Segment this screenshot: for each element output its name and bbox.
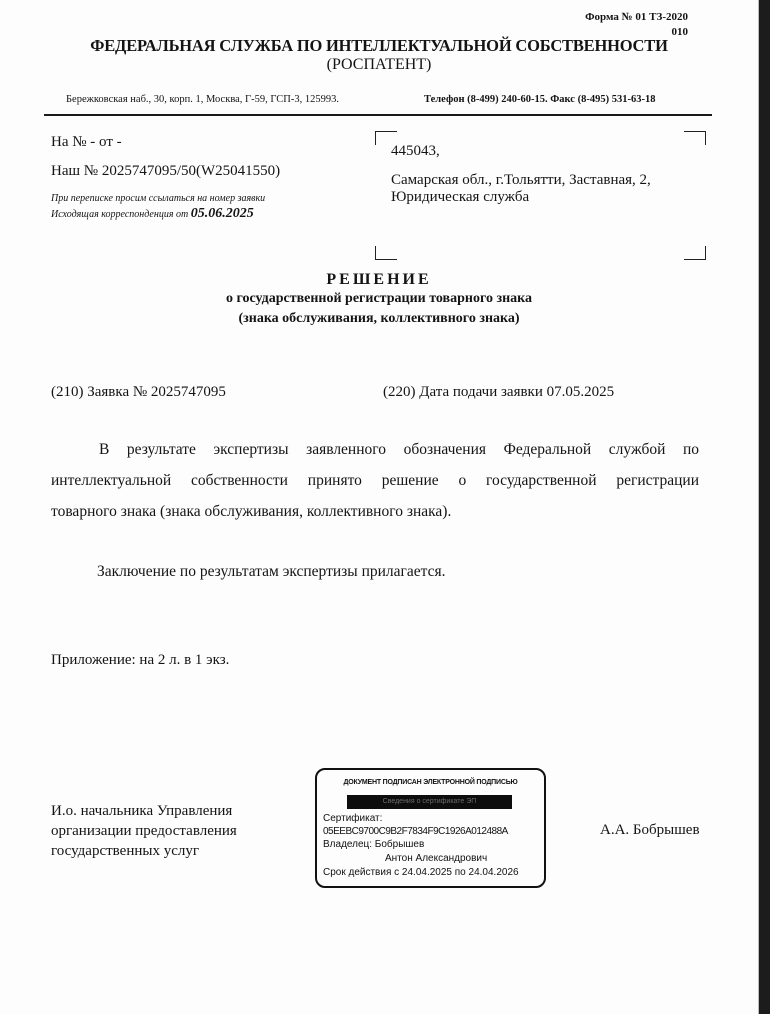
recipient-postcode: 445043, <box>391 143 440 160</box>
signer-position-line1: И.о. начальника Управления <box>51 801 232 821</box>
application-number: (210) Заявка № 2025747095 <box>51 384 226 401</box>
outgoing-correspondence: Исходящая корреспонденция от 05.06.2025 <box>51 206 254 222</box>
outgoing-date: 05.06.2025 <box>191 206 254 221</box>
reference-note: При переписке просим ссылаться на номер … <box>51 193 265 204</box>
signer-position-line2: организации предоставления <box>51 821 237 841</box>
document-title: РЕШЕНИЕ <box>0 271 758 289</box>
form-number-text: Форма № 01 ТЗ-2020 <box>585 10 688 25</box>
stamp-owner: Владелец: Бобрышев <box>323 839 424 850</box>
organization-address: Бережковская наб., 30, корп. 1, Москва, … <box>66 94 339 105</box>
address-frame-corner-tr <box>684 131 706 145</box>
stamp-redacted-bar: Сведения о сертификате ЭП <box>347 795 512 809</box>
stamp-certificate-id: 05EEBC9700C9B2F7834F9C1926A012488A <box>323 826 508 837</box>
stamp-owner-name: Антон Александрович <box>385 853 487 864</box>
organization-name: ФЕДЕРАЛЬНАЯ СЛУЖБА ПО ИНТЕЛЛЕКТУАЛЬНОЙ С… <box>0 36 758 56</box>
signer-position-line3: государственных услуг <box>51 841 199 861</box>
body-paragraph-line3: товарного знака (знака обслуживания, кол… <box>51 503 699 521</box>
stamp-validity: Срок действия с 24.04.2025 по 24.04.2026 <box>323 867 519 878</box>
recipient-address: Самарская обл., г.Тольятти, Заставная, 2… <box>391 172 651 189</box>
our-reference: Наш № 2025747095/50(W25041550) <box>51 163 280 180</box>
your-reference: На № - от - <box>51 134 122 151</box>
outgoing-label: Исходящая корреспонденция от <box>51 209 188 220</box>
address-frame-corner-bl <box>375 246 397 260</box>
conclusion-text: Заключение по результатам экспертизы при… <box>97 563 446 581</box>
recipient-department: Юридическая служба <box>391 189 529 206</box>
organization-contacts: Телефон (8-499) 240-60-15. Факс (8-495) … <box>424 94 655 105</box>
electronic-signature-stamp: ДОКУМЕНТ ПОДПИСАН ЭЛЕКТРОННОЙ ПОДПИСЬЮ С… <box>315 768 546 888</box>
signer-name: А.А. Бобрышев <box>600 822 700 839</box>
stamp-certificate-label: Сертификат: <box>323 813 382 824</box>
header-divider <box>44 114 712 116</box>
viewer-dark-edge <box>758 0 770 1014</box>
document-subtitle-line1: о государственной регистрации товарного … <box>0 291 758 307</box>
application-filing-date: (220) Дата подачи заявки 07.05.2025 <box>383 384 614 401</box>
body-paragraph-line2: интеллектуальной собственности принято р… <box>51 472 699 490</box>
document-page: Форма № 01 ТЗ-2020 010 ФЕДЕРАЛЬНАЯ СЛУЖБ… <box>0 0 758 1014</box>
organization-short-name: (РОСПАТЕНТ) <box>0 56 758 74</box>
body-paragraph-line1: В результате экспертизы заявленного обоз… <box>51 441 699 459</box>
address-frame-corner-br <box>684 246 706 260</box>
stamp-heading: ДОКУМЕНТ ПОДПИСАН ЭЛЕКТРОННОЙ ПОДПИСЬЮ <box>317 779 544 786</box>
document-subtitle-line2: (знака обслуживания, коллективного знака… <box>0 311 758 327</box>
attachment-text: Приложение: на 2 л. в 1 экз. <box>51 652 229 669</box>
